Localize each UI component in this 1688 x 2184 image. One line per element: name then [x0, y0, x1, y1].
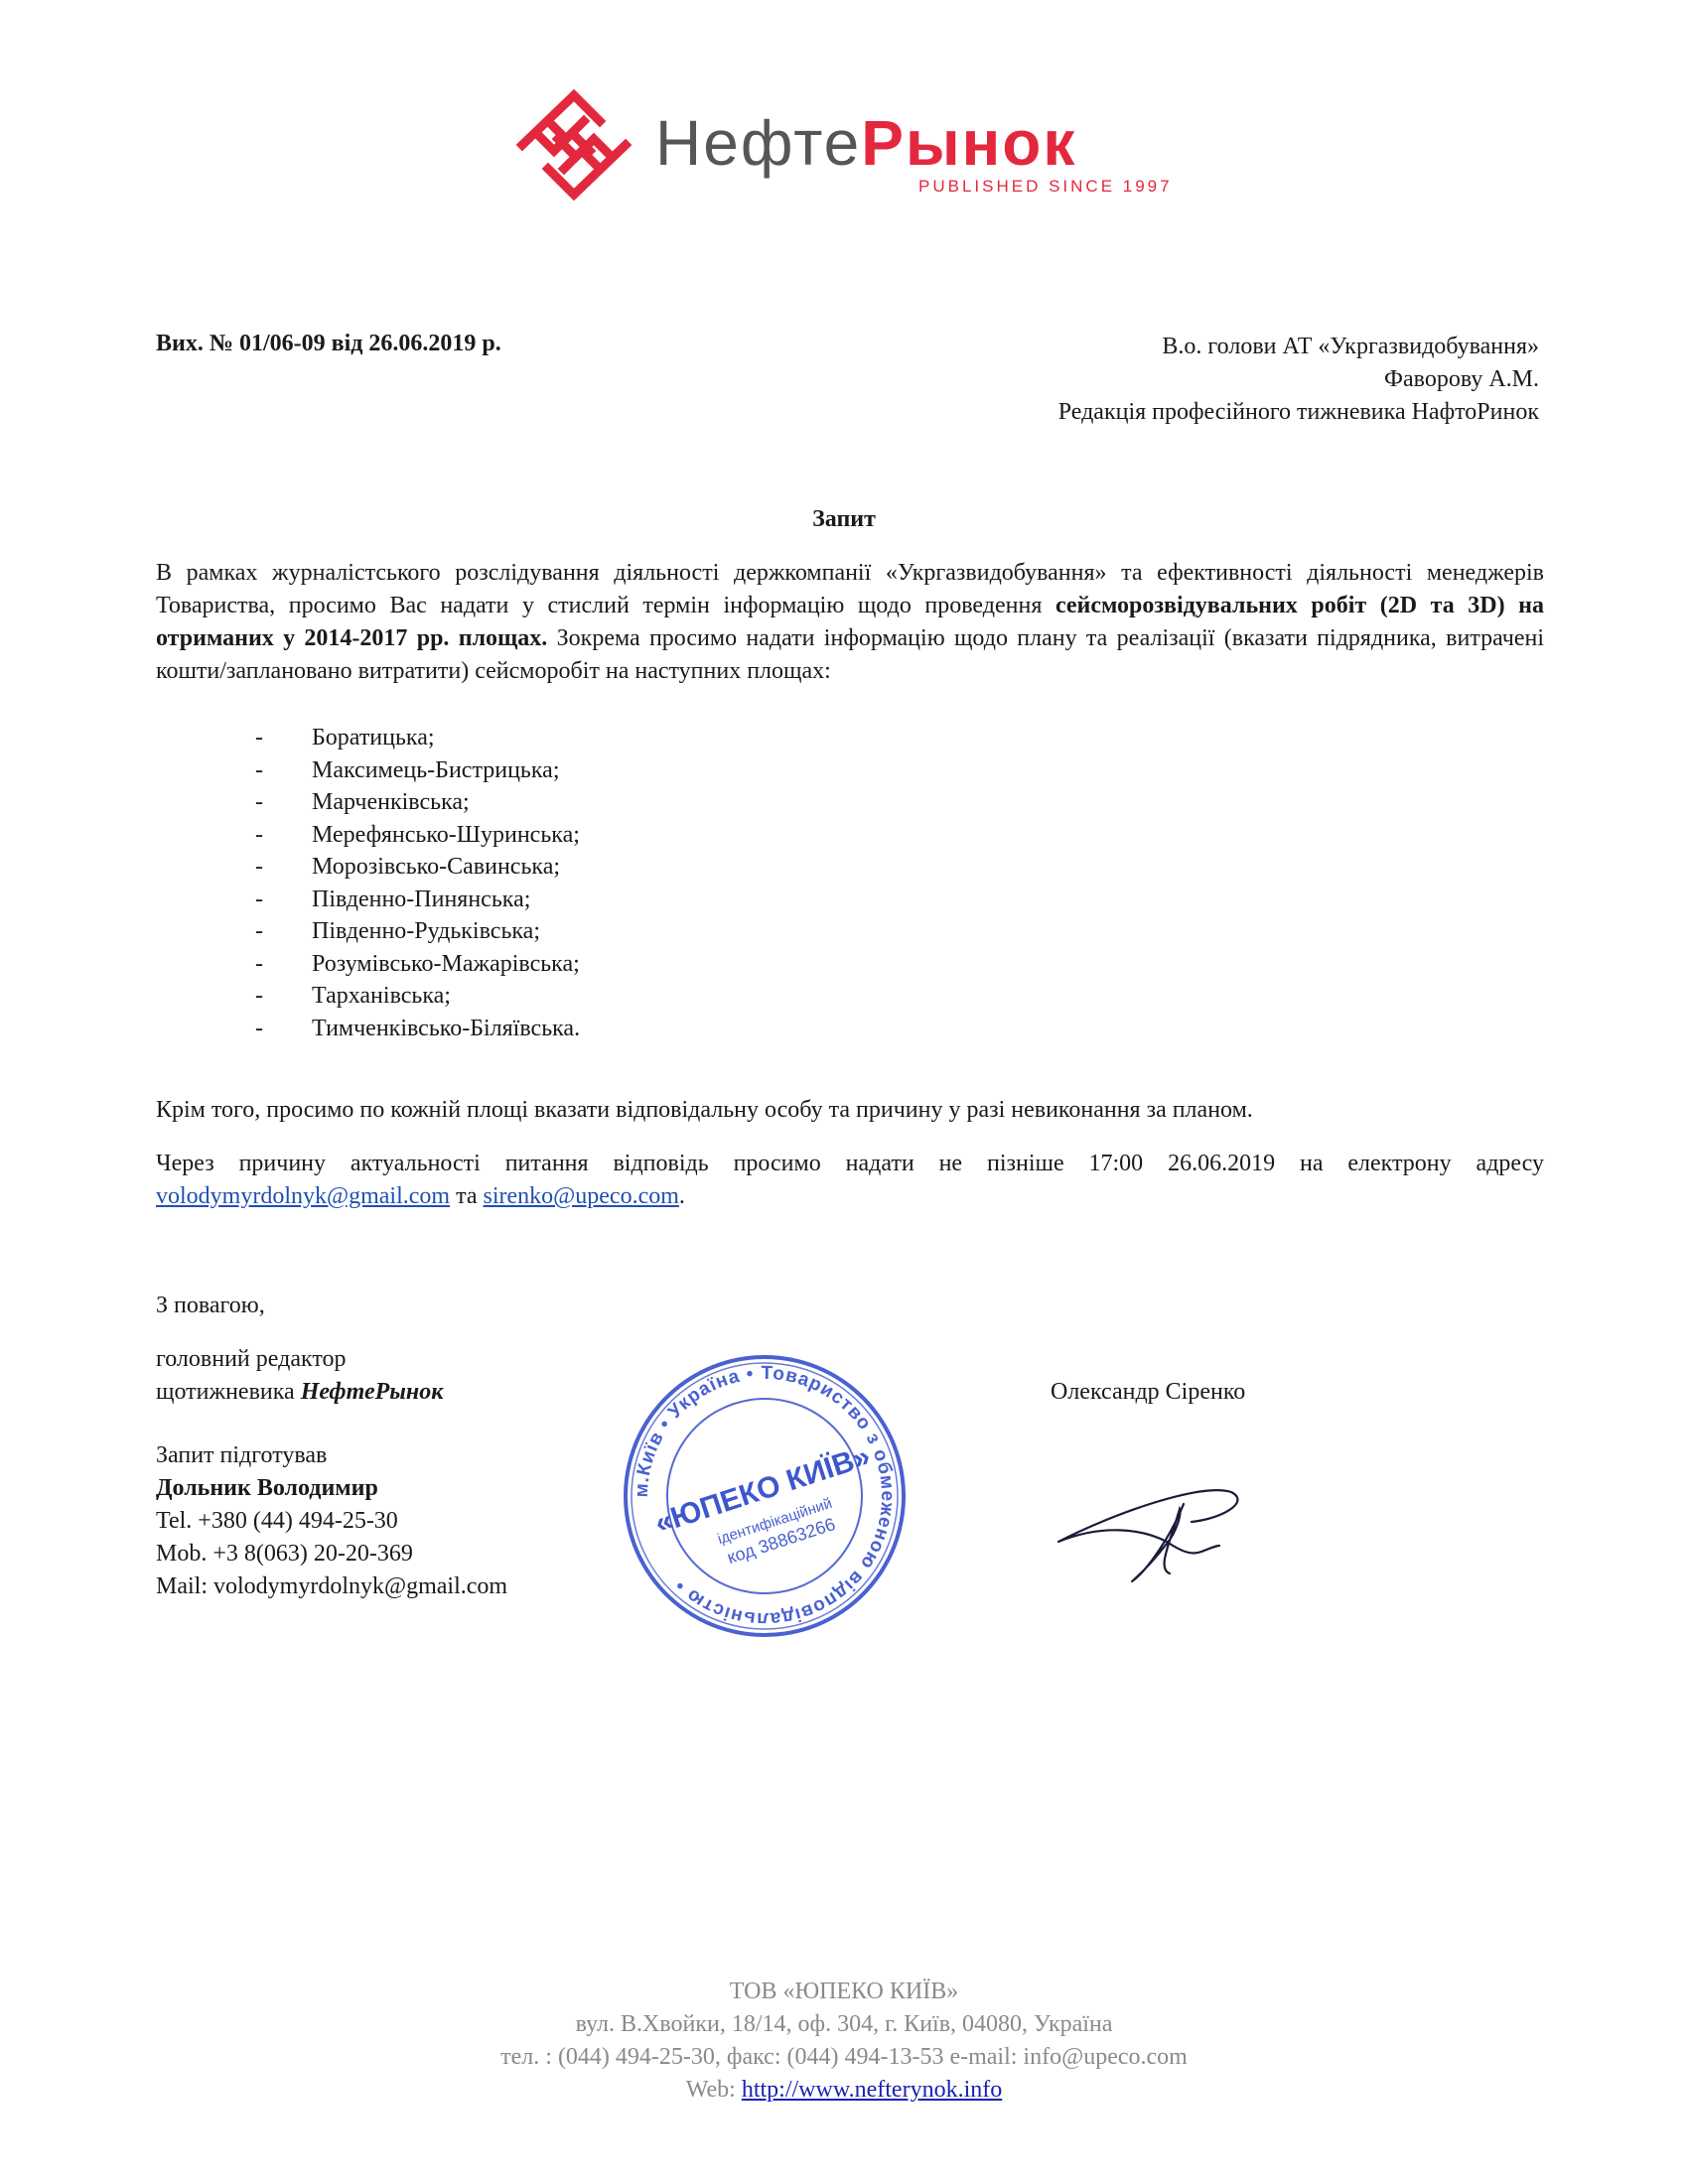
preparer-mob: Mob. +3 8(063) 20-20-369 — [156, 1538, 507, 1570]
area-name: Максимець-Бистрицька; — [312, 754, 559, 787]
company-stamp-icon: м.Київ • Україна • Товариство з обмежено… — [616, 1347, 914, 1645]
footer-web-label: Web: — [686, 2077, 742, 2103]
recipient-line: В.о. голови АТ «Укргазвидобування» — [1058, 331, 1539, 363]
area-name: Мерефянсько-Шуринська; — [312, 819, 580, 852]
dash-bullet: - — [255, 980, 263, 1013]
footer-web: Web: http://www.nefterynok.info — [0, 2074, 1688, 2107]
area-name: Південно-Пинянська; — [312, 884, 530, 916]
dash-bullet: - — [255, 948, 263, 981]
dash-bullet: - — [255, 819, 263, 852]
footer-contacts: тел. : (044) 494-25-30, факс: (044) 494-… — [0, 2041, 1688, 2074]
dash-bullet: - — [255, 754, 263, 787]
intro-paragraph: В рамках журналістського розслідування д… — [156, 557, 1544, 688]
deadline-paragraph: Через причину актуальності питання відпо… — [156, 1148, 1544, 1213]
document-title: Запит — [0, 506, 1688, 533]
position-line: щотижневика НефтеРынок — [156, 1376, 443, 1409]
area-name: Розумівсько-Мажарівська; — [312, 948, 580, 981]
area-name: Тимченківсько-Біляївська. — [312, 1013, 580, 1045]
area-name: Боратицька; — [312, 722, 435, 754]
area-name: Південно-Рудьківська; — [312, 915, 540, 948]
company-footer: ТОВ «ЮПЕКО КИЇВ» вул. В.Хвойки, 18/14, о… — [0, 1976, 1688, 2107]
preparer-name: Дольник Володимир — [156, 1472, 507, 1505]
area-name: Тарханівська; — [312, 980, 451, 1013]
signer-name: Олександр Сіренко — [1051, 1376, 1245, 1409]
dash-bullet: - — [255, 915, 263, 948]
dash-bullet: - — [255, 851, 263, 884]
period-text: . — [679, 1183, 685, 1209]
nefterynok-logo-icon — [514, 89, 633, 201]
position-brand: НефтеРынок — [301, 1379, 444, 1405]
dash-bullet: - — [255, 1013, 263, 1045]
brand-wordmark: НефтеРынок — [655, 111, 1076, 175]
signer-position: головний редактор щотижневика НефтеРынок — [156, 1343, 443, 1409]
recipient-block: В.о. голови АТ «Укргазвидобування» Фавор… — [1058, 331, 1539, 429]
email-link-dolnyk[interactable]: volodymyrdolnyk@gmail.com — [156, 1183, 450, 1209]
regards-text: З повагою, — [156, 1290, 265, 1322]
area-name: Марченківська; — [312, 786, 470, 819]
brand-tagline: PUBLISHED SINCE 1997 — [918, 177, 1173, 197]
prepared-by-label: Запит підготував — [156, 1439, 507, 1472]
preparer-mail: Mail: volodymyrdolnyk@gmail.com — [156, 1570, 507, 1603]
dash-bullet: - — [255, 786, 263, 819]
handwritten-signature-icon — [1053, 1474, 1251, 1593]
brand-name-part2: Рынок — [861, 107, 1076, 179]
footer-company: ТОВ «ЮПЕКО КИЇВ» — [0, 1976, 1688, 2008]
preparer-tel: Tel. +380 (44) 494-25-30 — [156, 1505, 507, 1538]
email-link-sirenko[interactable]: sirenko@upeco.com — [484, 1183, 679, 1209]
preparer-block: Запит підготував Дольник Володимир Tel. … — [156, 1439, 507, 1603]
dash-bullet: - — [255, 722, 263, 754]
deadline-text: Через причину актуальності питання відпо… — [156, 1151, 1544, 1176]
conjunction-text: та — [450, 1183, 483, 1209]
brand-name-part1: Нефте — [655, 107, 861, 179]
dash-bullet: - — [255, 884, 263, 916]
position-prefix: щотижневика — [156, 1379, 301, 1405]
website-link[interactable]: http://www.nefterynok.info — [742, 2077, 1002, 2103]
recipient-line: Фаворову А.М. — [1058, 363, 1539, 396]
area-name: Морозівсько-Савинська; — [312, 851, 560, 884]
footer-address: вул. В.Хвойки, 18/14, оф. 304, г. Київ, … — [0, 2008, 1688, 2041]
outgoing-reference: Вих. № 01/06-09 від 26.06.2019 р. — [156, 331, 501, 357]
position-line: головний редактор — [156, 1343, 443, 1376]
responsible-person-paragraph: Крім того, просимо по кожній площі вказа… — [156, 1094, 1544, 1127]
recipient-line: Редакція професійного тижневика НафтоРин… — [1058, 396, 1539, 429]
